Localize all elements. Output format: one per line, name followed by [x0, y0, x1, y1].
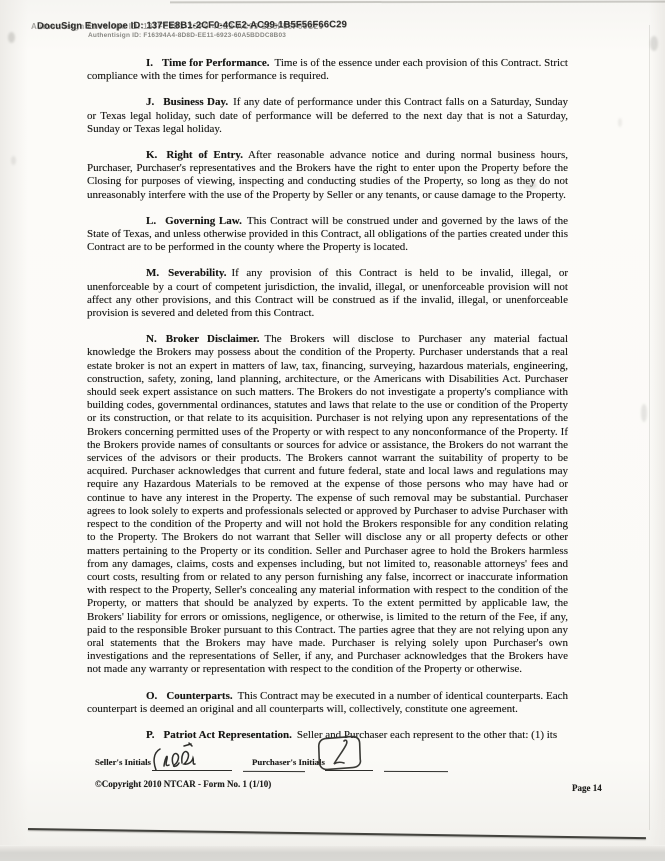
scan-left-edge-shading [0, 0, 28, 845]
sellers-initials-label: Seller's Initials [95, 757, 151, 767]
section-paragraph-time-for-performance: I.Time for Performance.Time is of the es… [87, 57, 568, 83]
section-paragraph-broker-disclaimer: N.Broker Disclaimer.The Brokers will dis… [87, 333, 568, 676]
section-paragraph-severability: M.Severability.If any provision of this … [87, 267, 568, 320]
copyright-text: ©Copyright 2010 NTCAR - Form No. 1 (1/10… [95, 779, 271, 789]
scan-noise-speck [618, 118, 622, 127]
scan-noise-speck [641, 404, 647, 422]
section-title: Governing Law. [165, 215, 242, 227]
sellers-initials-line-1 [152, 770, 232, 771]
section-letter: J. [146, 96, 154, 108]
authentisign-id-line: Authentisign ID: F16394A4-8D8D-EE11-6923… [88, 32, 286, 39]
docusign-envelope-id: DocuSign Envelope ID: 137FE8B1-2CF0-4CE2… [37, 19, 347, 32]
purchasers-initials-line-1 [325, 770, 373, 771]
section-letter: K. [146, 149, 157, 161]
section-body: After reasonable advance notice and duri… [87, 149, 568, 201]
section-body: If any date of performance under this Co… [87, 96, 568, 134]
scanner-background-band [0, 846, 665, 861]
section-title: Counterparts. [166, 690, 232, 702]
section-title: Time for Performance. [162, 57, 270, 69]
section-letter: L. [146, 215, 156, 227]
sellers-initials-line-2 [243, 771, 305, 773]
scan-noise-speck [11, 156, 16, 165]
esignature-header: Authentisign Envelope ID: 137FE8B1-2CF0-… [0, 0, 665, 46]
section-body: The Brokers will disclose to Purchaser a… [87, 333, 568, 675]
section-title: Patriot Act Representation. [163, 729, 291, 741]
section-letter: I. [146, 57, 153, 69]
section-title: Broker Disclaimer. [166, 333, 260, 345]
scan-right-edge-shading [649, 0, 665, 845]
section-title: Right of Entry. [166, 149, 243, 161]
page-right-edge-line [649, 25, 650, 830]
section-letter: M. [146, 267, 159, 279]
section-body: Seller and Purchaser each represent to t… [297, 729, 557, 741]
page-number: Page 14 [572, 783, 602, 793]
section-letter: N. [146, 333, 157, 345]
section-body: This Contract will be construed under an… [87, 215, 568, 253]
section-paragraph-right-of-entry: K.Right of Entry.After reasonable advanc… [87, 149, 568, 202]
section-body: This Contract may be executed in a numbe… [87, 690, 568, 715]
section-paragraph-business-day: J.Business Day.If any date of performanc… [87, 96, 568, 136]
purchasers-initials-line-2 [384, 771, 448, 773]
purchasers-initials-label: Purchaser's Initials [252, 757, 325, 767]
section-title: Severability. [168, 267, 226, 279]
section-body: If any provision of this Contract is hel… [87, 267, 568, 319]
section-body: Time is of the essence under each provis… [87, 57, 568, 82]
section-paragraph-governing-law: L.Governing Law.This Contract will be co… [87, 215, 568, 255]
section-title: Business Day. [163, 96, 228, 108]
section-paragraph-patriot-act: P.Patriot Act Representation.Seller and … [87, 729, 568, 742]
section-letter: O. [146, 690, 157, 702]
contract-body: I.Time for Performance.Time is of the es… [87, 57, 568, 755]
section-paragraph-counterparts: O.Counterparts.This Contract may be exec… [87, 690, 568, 716]
page-bottom-edge-line [28, 828, 646, 840]
section-letter: P. [146, 729, 154, 741]
scanned-contract-page: Authentisign Envelope ID: 137FE8B1-2CF0-… [0, 0, 665, 861]
